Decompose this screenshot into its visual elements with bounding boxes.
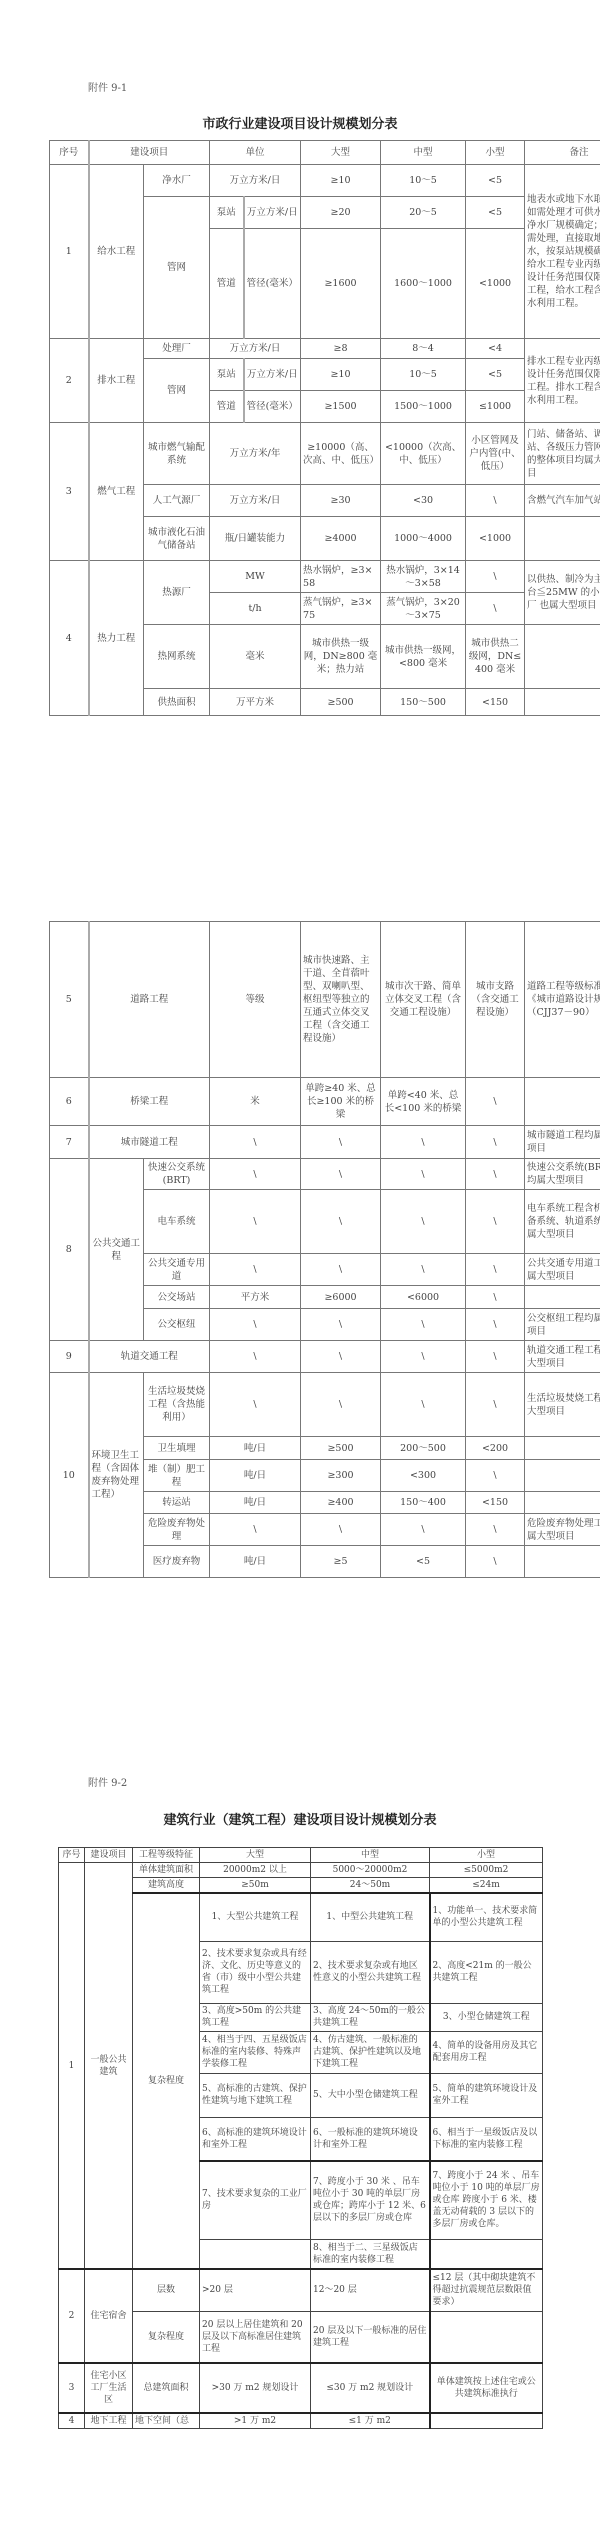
- small: \: [466, 1159, 525, 1190]
- sub-item-2: 泵站: [210, 359, 244, 391]
- large: ≥6000: [301, 1286, 381, 1309]
- sub-item: 净水厂: [144, 165, 210, 197]
- note: 门站、储备站、调压站、各级压力管网系统的整体项目均属大型项目: [525, 423, 600, 485]
- large: 5、高标准的古建筑、保护性建筑与地下建筑工程: [200, 2073, 311, 2117]
- mid: <30: [381, 485, 466, 517]
- note: 公交枢纽工程均属大型项目: [525, 1309, 600, 1341]
- large: 4、相当于四、五星级饭店标准的室内装修、特殊声学装修工程: [200, 2031, 311, 2073]
- feature: 层数: [133, 2269, 200, 2311]
- large: 城市快速路、主干道、全苜蓿叶型、双喇叭型、枢纽型等独立的互通式立体交叉工程（含交…: [301, 922, 381, 1078]
- table-row: 8 公共交通工程 快速公交系统(BRT) \ \ \ \ 快速公交系统(BRT)…: [50, 1159, 600, 1190]
- sub-item-2: 管道: [210, 391, 244, 423]
- feature: 地下空间（总: [133, 2413, 200, 2429]
- large: >30 万 m2 规划设计: [200, 2363, 311, 2413]
- item-name: 排水工程: [89, 339, 144, 423]
- feature: 总建筑面积: [133, 2363, 200, 2413]
- large: ≥10: [301, 165, 381, 197]
- unit: \: [210, 1309, 301, 1341]
- large: ≥4000: [301, 517, 381, 561]
- small: \: [466, 1341, 525, 1373]
- municipal-table-part2: 5 道路工程 等级 城市快速路、主干道、全苜蓿叶型、双喇叭型、枢纽型等独立的互通…: [49, 921, 600, 1578]
- small: \: [466, 593, 525, 625]
- mid: 8～4: [381, 339, 466, 359]
- sub-item-2: 泵站: [210, 197, 244, 229]
- small: \: [466, 1373, 525, 1437]
- row-number: 1: [59, 1863, 85, 2270]
- small: ≤24m: [430, 1878, 543, 1894]
- table-row: 1 给水工程 净水厂 万立方米/日 ≥10 10～5 <5 地表水或地下水取水，…: [50, 165, 600, 197]
- note: 含燃气汽车加气站: [525, 485, 600, 517]
- table-row: 9 轨道交通工程 \ \ \ \ 轨道交通工程工程均属大型项目: [50, 1341, 600, 1373]
- mid: \: [381, 1309, 466, 1341]
- table-row: 7 城市隧道工程 \ \ \ \ 城市隧道工程均属大型项目: [50, 1126, 600, 1159]
- sub-item: 城市燃气输配系统: [144, 423, 210, 485]
- mid: \: [381, 1159, 466, 1190]
- attachment-label: 附件 9-1: [88, 79, 127, 94]
- mid: <5: [381, 1546, 466, 1578]
- table-header: 序号 建设项目 工程等级特征 大型 中型 小型: [59, 1848, 543, 1863]
- mid: ≤1 万 m2: [311, 2413, 430, 2429]
- sub-item: 危险废弃物处理: [144, 1514, 210, 1546]
- header-cell: 单位: [210, 141, 301, 165]
- mid: 150～500: [381, 689, 466, 716]
- header-cell: 工程等级特征: [133, 1848, 200, 1863]
- unit: t/h: [210, 593, 301, 625]
- row-number: 9: [50, 1341, 89, 1373]
- unit: 吨/日: [210, 1546, 301, 1578]
- small: \: [466, 485, 525, 517]
- small: 小区管网及户内管(中、低压）: [466, 423, 525, 485]
- header-cell: 大型: [200, 1848, 311, 1863]
- header-cell: 小型: [466, 141, 525, 165]
- note: [525, 625, 600, 689]
- note: 道路工程等级标准参见《城市道路设计规范》（CJJ37－90）: [525, 922, 600, 1078]
- table-row: 2 住宅宿舍 层数 >20 层 12～20 层 ≤12 层（其中砌块建筑不得超过…: [59, 2269, 543, 2311]
- item-name: 公共交通工程: [89, 1159, 144, 1341]
- row-number: 8: [50, 1159, 89, 1341]
- item-name: 城市隧道工程: [89, 1126, 210, 1159]
- large: \: [301, 1309, 381, 1341]
- mid: 蒸气锅炉，3×20～3×75: [381, 593, 466, 625]
- small: \: [466, 1126, 525, 1159]
- sub-item-2: 管道: [210, 229, 244, 339]
- small: \: [466, 1190, 525, 1254]
- note: [525, 517, 600, 561]
- unit: 平方米: [210, 1286, 301, 1309]
- item-name: 环境卫生工程（含固体废弃物处理工程）: [89, 1373, 144, 1578]
- large: 单跨≥40 米、总长≥100 米的桥梁: [301, 1078, 381, 1126]
- mid: 城市次干路、简单立体交叉工程（含交通工程设施）: [381, 922, 466, 1078]
- mid: 1600～1000: [381, 229, 466, 339]
- sub-item: 热源厂: [144, 561, 210, 625]
- item-name: 热力工程: [89, 561, 144, 716]
- large: ≥10000（高、次高、中、低压）: [301, 423, 381, 485]
- large: ≥1500: [301, 391, 381, 423]
- item-name: 轨道交通工程: [89, 1341, 210, 1373]
- note: [525, 1437, 600, 1460]
- large: \: [301, 1373, 381, 1437]
- mid: 20 层及以下一般标准的居住建筑工程: [311, 2311, 430, 2363]
- large: [200, 2239, 311, 2269]
- sub-item: 城市液化石油气储备站: [144, 517, 210, 561]
- small: <5: [466, 165, 525, 197]
- small: 1、功能单一、技术要求简单的小型公共建筑工程: [430, 1893, 543, 1941]
- large: ≥30: [301, 485, 381, 517]
- unit: \: [210, 1126, 301, 1159]
- large: 3、高度>50m 的公共建筑工程: [200, 2003, 311, 2031]
- mid: ≤30 万 m2 规划设计: [311, 2363, 430, 2413]
- note: 以供热、制冷为主，单台≦25MW 的小型热电厂 也属大型项目: [525, 561, 600, 625]
- sub-item: 公交枢纽: [144, 1309, 210, 1341]
- note: 排水工程专业丙级资质设计任务范围仅限管道工程。排水工程含再生水利用工程。: [525, 339, 600, 423]
- sub-item: 堆（制）肥工程: [144, 1460, 210, 1492]
- header-cell: 建设项目: [89, 141, 210, 165]
- unit: \: [210, 1514, 301, 1546]
- table-row: 10 环境卫生工程（含固体废弃物处理工程） 生活垃圾焚烧工程（含热能利用） \ …: [50, 1373, 600, 1437]
- row-number: 6: [50, 1078, 89, 1126]
- row-number: 1: [50, 165, 89, 339]
- small: <5: [466, 197, 525, 229]
- sub-item: 医疗废弃物: [144, 1546, 210, 1578]
- small: <5: [466, 359, 525, 391]
- unit: 吨/日: [210, 1437, 301, 1460]
- unit: MW: [210, 561, 301, 593]
- sub-item: 生活垃圾焚烧工程（含热能利用）: [144, 1373, 210, 1437]
- small: ≤1000: [466, 391, 525, 423]
- note: 地表水或地下水取水，如需处理才可供水，按净水厂规模确定；如不需处理，直接取地下水…: [525, 165, 600, 339]
- mid: 10～5: [381, 165, 466, 197]
- unit: 管径(毫米）: [244, 391, 301, 423]
- sub-item: 快速公交系统(BRT): [144, 1159, 210, 1190]
- note: 危险废弃物处理工程均属大型项目: [525, 1514, 600, 1546]
- small: <4: [466, 339, 525, 359]
- note: 生活垃圾焚烧工程均属大型项目: [525, 1373, 600, 1437]
- sub-item: 处理厂: [144, 339, 210, 359]
- item-name: 给水工程: [89, 165, 144, 339]
- row-number: 7: [50, 1126, 89, 1159]
- large: \: [301, 1341, 381, 1373]
- table-row: 4 热力工程 热源厂 MW 热水锅炉，≥3×58 热水锅炉，3×14～3×58 …: [50, 561, 600, 593]
- mid: 1500～1000: [381, 391, 466, 423]
- sub-item: 管网: [144, 359, 210, 423]
- header-cell: 序号: [59, 1848, 85, 1863]
- item-name: 一般公共建筑: [85, 1863, 133, 2270]
- small: \: [466, 1514, 525, 1546]
- mid: 24～50m: [311, 1878, 430, 1894]
- item-name: 地下工程: [85, 2413, 133, 2429]
- item-name: 道路工程: [89, 922, 210, 1078]
- unit: 吨/日: [210, 1460, 301, 1492]
- row-number: 4: [50, 561, 89, 716]
- item-name: 住宅宿舍: [85, 2269, 133, 2363]
- unit: 毫米: [210, 625, 301, 689]
- unit: 万立方米/日: [210, 339, 301, 359]
- feature: 建筑高度: [133, 1878, 200, 1894]
- small: \: [466, 1460, 525, 1492]
- item-name: 燃气工程: [89, 423, 144, 561]
- large: \: [301, 1514, 381, 1546]
- table-row: 2 排水工程 处理厂 万立方米/日 ≥8 8～4 <4 排水工程专业丙级资质设计…: [50, 339, 600, 359]
- mid: \: [381, 1373, 466, 1437]
- unit: 等级: [210, 922, 301, 1078]
- unit: \: [210, 1159, 301, 1190]
- note: [525, 1078, 600, 1126]
- table-header: 序号 建设项目 单位 大型 中型 小型 备注: [50, 141, 600, 165]
- mid: \: [381, 1126, 466, 1159]
- large: ≥5: [301, 1546, 381, 1578]
- small: ≤12 层（其中砌块建筑不得超过抗震规范层数限值要求）: [430, 2269, 543, 2311]
- small: 城市支路（含交通工程设施）: [466, 922, 525, 1078]
- large: 热水锅炉，≥3×58: [301, 561, 381, 593]
- large: ≥1600: [301, 229, 381, 339]
- feature: 单体建筑面积: [133, 1863, 200, 1878]
- mid: 7、跨度小于 30 米 、吊车吨位小于 30 吨的单层厂房或仓库；跨库小于 12…: [311, 2161, 430, 2239]
- small: [430, 2239, 543, 2269]
- mid: 150～400: [381, 1492, 466, 1514]
- header-cell: 建设项目: [85, 1848, 133, 1863]
- note: 轨道交通工程工程均属大型项目: [525, 1341, 600, 1373]
- unit: 万立方米/年: [210, 423, 301, 485]
- large: 7、技术要求复杂的工业厂房: [200, 2161, 311, 2239]
- large: >1 万 m2: [200, 2413, 311, 2429]
- row-number: 3: [50, 423, 89, 561]
- large: ≥20: [301, 197, 381, 229]
- row-number: 2: [59, 2269, 85, 2363]
- header-cell: 中型: [311, 1848, 430, 1863]
- large: \: [301, 1159, 381, 1190]
- small: [430, 2413, 543, 2429]
- unit: 万立方米/日: [244, 197, 301, 229]
- municipal-table-part1: 序号 建设项目 单位 大型 中型 小型 备注 1 给水工程 净水厂 万立方米/日…: [49, 140, 600, 716]
- sub-item: 热网系统: [144, 625, 210, 689]
- note: 快速公交系统(BRT)工程均属大型项目: [525, 1159, 600, 1190]
- large: ≥500: [301, 689, 381, 716]
- mid: 4、仿古建筑、一般标准的古建筑、保护性建筑以及地下建筑工程: [311, 2031, 430, 2073]
- note: [525, 1492, 600, 1514]
- mid: 5、大中小型仓储建筑工程: [311, 2073, 430, 2117]
- header-cell: 序号: [50, 141, 89, 165]
- large: 6、高标准的建筑环境设计和室外工程: [200, 2117, 311, 2161]
- small: 6、相当于一星级饭店及以下标准的室内装修工程: [430, 2117, 543, 2161]
- large: 城市供热一级网，DN≥800 毫米；热力站: [301, 625, 381, 689]
- sub-item: 转运站: [144, 1492, 210, 1514]
- table-row: 3 燃气工程 城市燃气输配系统 万立方米/年 ≥10000（高、次高、中、低压）…: [50, 423, 600, 485]
- large: ≥400: [301, 1492, 381, 1514]
- unit: \: [210, 1190, 301, 1254]
- mid: 8、相当于二、三星级饭店标准的室内装修工程: [311, 2239, 430, 2269]
- small: \: [466, 1286, 525, 1309]
- mid: \: [381, 1514, 466, 1546]
- unit: 瓶/日罐装能力: [210, 517, 301, 561]
- unit: 吨/日: [210, 1492, 301, 1514]
- feature: 复杂程度: [133, 1893, 200, 2269]
- table-row: 1 一般公共建筑 单体建筑面积 20000m2 以上 5000～20000m2 …: [59, 1863, 543, 1878]
- unit: 米: [210, 1078, 301, 1126]
- mid: <300: [381, 1460, 466, 1492]
- mid: 2、技术要求复杂或有地区性意义的小型公共建筑工程: [311, 1941, 430, 2003]
- small: [430, 2311, 543, 2363]
- header-cell: 小型: [430, 1848, 543, 1863]
- table-row: 3 住宅小区工厂生活区 总建筑面积 >30 万 m2 规划设计 ≤30 万 m2…: [59, 2363, 543, 2413]
- note: [525, 1546, 600, 1578]
- unit: 管径(毫米）: [244, 229, 301, 339]
- mid: 单跨<40 米、总长<100 米的桥梁: [381, 1078, 466, 1126]
- unit: 万立方米/日: [210, 165, 301, 197]
- large: 2、技术要求复杂或具有经济、文化、历史等意义的省（市）级中小型公共建筑工程: [200, 1941, 311, 2003]
- note: [525, 689, 600, 716]
- mid: 1、中型公共建筑工程: [311, 1893, 430, 1941]
- mid: 6、一般标准的建筑环境设计和室外工程: [311, 2117, 430, 2161]
- feature: 复杂程度: [133, 2311, 200, 2363]
- small: <1000: [466, 229, 525, 339]
- sub-item: 管网: [144, 197, 210, 339]
- small: 3、小型仓储建筑工程: [430, 2003, 543, 2031]
- table-row: 4 地下工程 地下空间（总 >1 万 m2 ≤1 万 m2: [59, 2413, 543, 2429]
- row-number: 4: [59, 2413, 85, 2429]
- unit: 万平方米: [210, 689, 301, 716]
- small: ≤5000m2: [430, 1863, 543, 1878]
- large: >20 层: [200, 2269, 311, 2311]
- sub-item: 卫生填埋: [144, 1437, 210, 1460]
- small: <1000: [466, 517, 525, 561]
- note: 城市隧道工程均属大型项目: [525, 1126, 600, 1159]
- large: 20 层以上居住建筑和 20 层及以下高标准居住建筑工程: [200, 2311, 311, 2363]
- small: <150: [466, 1492, 525, 1514]
- header-cell: 中型: [381, 141, 466, 165]
- small: 单体建筑按上述住宅或公共建筑标准执行: [430, 2363, 543, 2413]
- note: [525, 1460, 600, 1492]
- mid: 1000～4000: [381, 517, 466, 561]
- header-cell: 大型: [301, 141, 381, 165]
- small: \: [466, 1546, 525, 1578]
- small: <150: [466, 689, 525, 716]
- large: ≥300: [301, 1460, 381, 1492]
- item-name: 桥梁工程: [89, 1078, 210, 1126]
- row-number: 5: [50, 922, 89, 1078]
- row-number: 3: [59, 2363, 85, 2413]
- mid: \: [381, 1341, 466, 1373]
- mid: 200～500: [381, 1437, 466, 1460]
- large: 蒸气锅炉，≥3×75: [301, 593, 381, 625]
- large: ≥8: [301, 339, 381, 359]
- large: \: [301, 1126, 381, 1159]
- mid: 3、高度 24～50m的一般公共建筑工程: [311, 2003, 430, 2031]
- mid: \: [381, 1190, 466, 1254]
- sub-item: 供热面积: [144, 689, 210, 716]
- large: ≥10: [301, 359, 381, 391]
- mid: 热水锅炉，3×14～3×58: [381, 561, 466, 593]
- header-cell: 备注: [525, 141, 600, 165]
- mid: 12～20 层: [311, 2269, 430, 2311]
- note: 电车系统工程含机电设备系统、轨道系统，均属大型项目: [525, 1190, 600, 1254]
- small: \: [466, 561, 525, 593]
- large: \: [301, 1254, 381, 1286]
- table-row: 6 桥梁工程 米 单跨≥40 米、总长≥100 米的桥梁 单跨<40 米、总长<…: [50, 1078, 600, 1126]
- row-number: 2: [50, 339, 89, 423]
- page-title: 市政行业建设项目设计规模划分表: [0, 113, 600, 132]
- attachment-label: 附件 9-2: [88, 1774, 127, 1789]
- mid: <6000: [381, 1286, 466, 1309]
- small: \: [466, 1078, 525, 1126]
- mid: <10000（次高、中、低压）: [381, 423, 466, 485]
- sub-item: 人工气源厂: [144, 485, 210, 517]
- note: [525, 1286, 600, 1309]
- note: 公共交通专用道工程均属大型项目: [525, 1254, 600, 1286]
- small: 5、简单的建筑环境设计及室外工程: [430, 2073, 543, 2117]
- small: 2、高度<21m 的一般公共建筑工程: [430, 1941, 543, 2003]
- small: 7、跨度小于 24 米 、吊车吨位小于 10 吨的单层厂房或仓库 跨度小于 6 …: [430, 2161, 543, 2239]
- unit: \: [210, 1254, 301, 1286]
- large: \: [301, 1190, 381, 1254]
- mid: 5000～20000m2: [311, 1863, 430, 1878]
- item-name: 住宅小区工厂生活区: [85, 2363, 133, 2413]
- page-title: 建筑行业（建筑工程）建设项目设计规模划分表: [0, 1809, 600, 1828]
- sub-item: 公交场站: [144, 1286, 210, 1309]
- large: ≥500: [301, 1437, 381, 1460]
- large: 20000m2 以上: [200, 1863, 311, 1878]
- small: \: [466, 1309, 525, 1341]
- unit: \: [210, 1373, 301, 1437]
- sub-item: 公共交通专用道: [144, 1254, 210, 1286]
- small: <200: [466, 1437, 525, 1460]
- mid: \: [381, 1254, 466, 1286]
- mid: 10～5: [381, 359, 466, 391]
- small: \: [466, 1254, 525, 1286]
- small: 4、简单的设备用房及其它配套用房工程: [430, 2031, 543, 2073]
- row-number: 10: [50, 1373, 89, 1578]
- unit: 万立方米/日: [244, 359, 301, 391]
- table-row: 5 道路工程 等级 城市快速路、主干道、全苜蓿叶型、双喇叭型、枢纽型等独立的互通…: [50, 922, 600, 1078]
- building-table: 序号 建设项目 工程等级特征 大型 中型 小型 1 一般公共建筑 单体建筑面积 …: [58, 1847, 543, 2429]
- sub-item: 电车系统: [144, 1190, 210, 1254]
- unit: \: [210, 1341, 301, 1373]
- mid: 城市供热一级网，<800 毫米: [381, 625, 466, 689]
- mid: 20～5: [381, 197, 466, 229]
- large: 1、大型公共建筑工程: [200, 1893, 311, 1941]
- large: ≥50m: [200, 1878, 311, 1894]
- unit: 万立方米/日: [210, 485, 301, 517]
- small: 城市供热二级网，DN≤400 毫米: [466, 625, 525, 689]
